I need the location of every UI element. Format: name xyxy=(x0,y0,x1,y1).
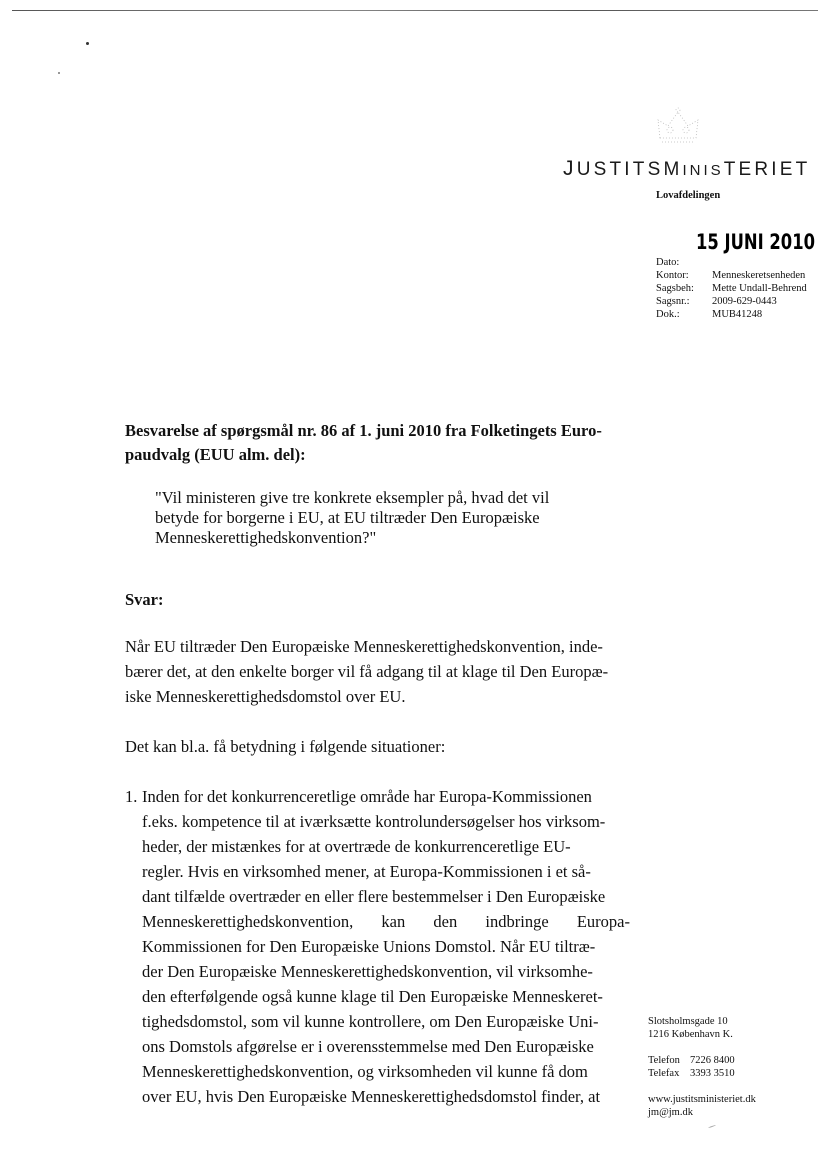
fax-row: Telefax 3393 3510 xyxy=(648,1067,756,1080)
list-item-body: Inden for det konkurrenceretlige område … xyxy=(142,784,630,1109)
document-heading: Besvarelse af spørgsmål nr. 86 af 1. jun… xyxy=(125,419,635,467)
list-line: der Den Europæiske Menneskerettighedskon… xyxy=(142,959,630,984)
meta-value: 2009-629-0443 xyxy=(712,295,777,308)
scan-speck xyxy=(708,1125,716,1129)
meta-label: Kontor: xyxy=(656,269,712,282)
meta-value: Menneskeretsenheden xyxy=(712,269,805,282)
list-line: heder, der mistænkes for at overtræde de… xyxy=(142,834,630,859)
heading-line: paudvalg (EUU alm. del): xyxy=(125,443,635,467)
paragraph-line: iske Menneskerettighedsdomstol over EU. xyxy=(125,684,625,709)
list-item-number: 1. xyxy=(125,784,137,809)
question-quote: "Vil ministeren give tre konkrete eksemp… xyxy=(155,488,595,548)
email-link[interactable]: jm@jm.dk xyxy=(648,1106,756,1119)
scan-speck xyxy=(86,42,89,45)
list-line: Inden for det konkurrenceretlige område … xyxy=(142,784,630,809)
meta-value: Mette Undall-Behrend xyxy=(712,282,807,295)
list-line: Menneskerettighedskonvention,kandenindbr… xyxy=(142,909,630,934)
list-line: dant tilfælde overtræder en eller flere … xyxy=(142,884,630,909)
address-city: 1216 København K. xyxy=(648,1028,756,1041)
meta-row: Dok.:MUB41248 xyxy=(656,308,807,321)
heading-line: Besvarelse af spørgsmål nr. 86 af 1. jun… xyxy=(125,419,635,443)
department-name: Lovafdelingen xyxy=(656,190,720,201)
case-metadata: Dato:Kontor:MenneskeretsenhedenSagsbeh:M… xyxy=(656,256,807,321)
list-line: regler. Hvis en virksomhed mener, at Eur… xyxy=(142,859,630,884)
list-line: Menneskerettighedskonvention, og virksom… xyxy=(142,1059,630,1084)
address-street: Slotsholmsgade 10 xyxy=(648,1015,756,1028)
ministry-address: Slotsholmsgade 10 1216 København K. Tele… xyxy=(648,1015,756,1119)
meta-row: Kontor:Menneskeretsenheden xyxy=(656,269,807,282)
answer-paragraph: Når EU tiltræder Den Europæiske Menneske… xyxy=(125,634,625,709)
list-line: over EU, hvis Den Europæiske Menneskeret… xyxy=(142,1084,630,1109)
phone-label: Telefon xyxy=(648,1054,690,1067)
list-item: 1. Inden for det konkurrenceretlige områ… xyxy=(125,784,630,1109)
meta-label: Sagsbeh: xyxy=(656,282,712,295)
answer-label: Svar: xyxy=(125,590,164,610)
meta-label: Dato: xyxy=(656,256,712,269)
fax-label: Telefax xyxy=(648,1067,690,1080)
meta-row: Sagsbeh:Mette Undall-Behrend xyxy=(656,282,807,295)
ministry-name: JUSTITSMINISTERIET xyxy=(563,157,810,181)
phone-row: Telefon 7226 8400 xyxy=(648,1054,756,1067)
meta-label: Dok.: xyxy=(656,308,712,321)
list-line: tighedsdomstol, som vil kunne kontroller… xyxy=(142,1009,630,1034)
crown-crest-icon xyxy=(650,104,706,148)
list-line: f.eks. kompetence til at iværksætte kont… xyxy=(142,809,630,834)
scan-top-rule xyxy=(12,10,818,11)
paragraph-line: Når EU tiltræder Den Europæiske Menneske… xyxy=(125,634,625,659)
list-line: Kommissionen for Den Europæiske Unions D… xyxy=(142,934,630,959)
website-link[interactable]: www.justitsministeriet.dk xyxy=(648,1093,756,1106)
date-stamp: 15 JUNI 2010 xyxy=(696,230,815,254)
phone-number: 7226 8400 xyxy=(690,1054,735,1067)
situations-intro: Det kan bl.a. få betydning i følgende si… xyxy=(125,734,625,759)
quote-line: betyde for borgerne i EU, at EU tiltræde… xyxy=(155,508,595,528)
meta-row: Sagsnr.:2009-629-0443 xyxy=(656,295,807,308)
list-line: den efterfølgende også kunne klage til D… xyxy=(142,984,630,1009)
quote-line: "Vil ministeren give tre konkrete eksemp… xyxy=(155,488,595,508)
paragraph-line: bærer det, at den enkelte borger vil få … xyxy=(125,659,625,684)
list-line: ons Domstols afgørelse er i overensstemm… xyxy=(142,1034,630,1059)
meta-row: Dato: xyxy=(656,256,807,269)
fax-number: 3393 3510 xyxy=(690,1067,735,1080)
scan-speck xyxy=(58,72,60,74)
quote-line: Menneskerettighedskonvention?" xyxy=(155,528,595,548)
meta-label: Sagsnr.: xyxy=(656,295,712,308)
meta-value: MUB41248 xyxy=(712,308,762,321)
